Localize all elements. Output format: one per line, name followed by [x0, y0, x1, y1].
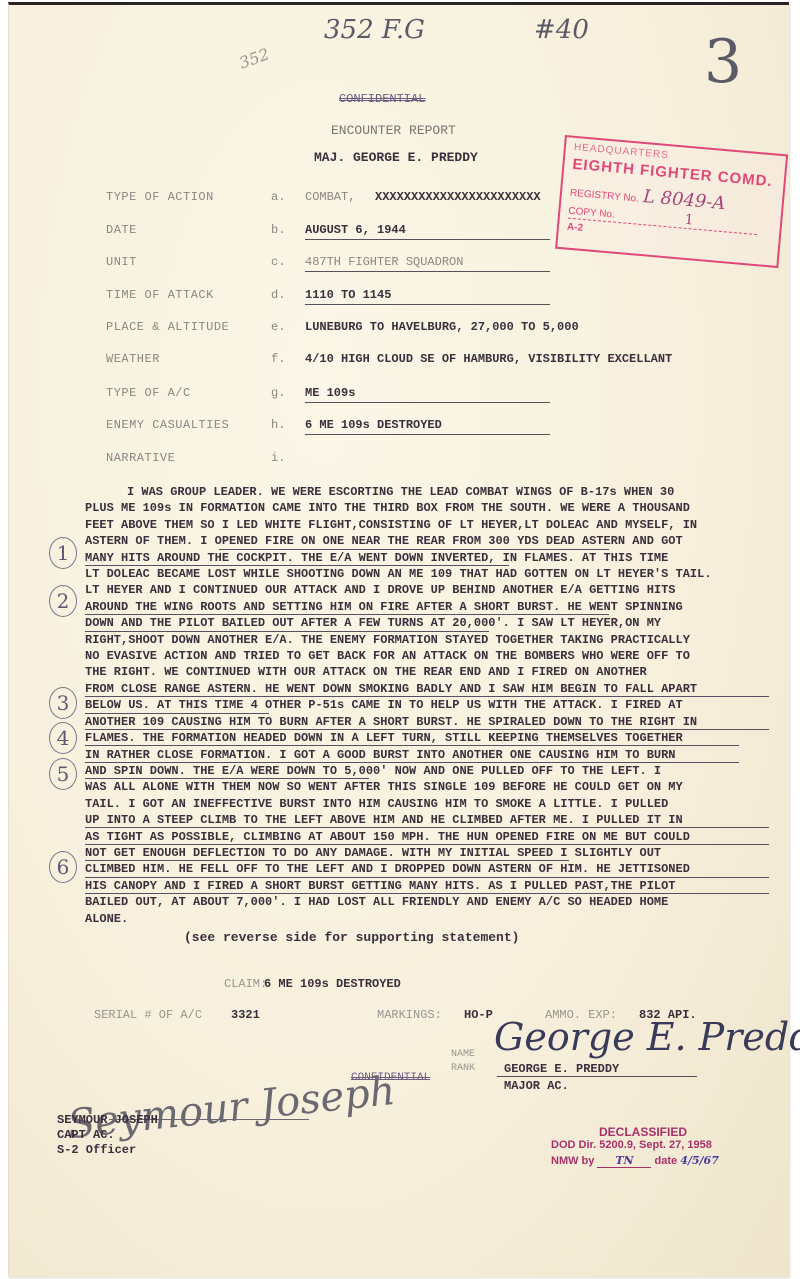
narrative-line: AS TIGHT AS POSSIBLE, CLIMBING AT ABOUT …	[85, 829, 800, 845]
officer-rank: CAPT AC.	[57, 1128, 158, 1143]
claim-label: CLAIM:	[224, 977, 267, 991]
field-letter: f.	[271, 352, 285, 366]
handwritten-underline	[85, 778, 369, 779]
field-letter: e.	[271, 320, 285, 334]
narrative-line: HIS CANOPY AND I FIRED A SHORT BURST GET…	[85, 878, 800, 894]
pilot-signature: George E. Preddy	[494, 1015, 800, 1059]
field-letter: h.	[271, 418, 285, 432]
field-value: AUGUST 6, 1944	[305, 223, 406, 237]
markings-label: MARKINGS:	[377, 1008, 442, 1022]
officer-block: SEYMOUR JOSEPH CAPT AC. S-2 Officer	[57, 1113, 158, 1158]
field-label: WEATHER	[106, 352, 160, 366]
handwritten-underline	[85, 827, 769, 828]
field-label: NARRATIVE	[106, 451, 175, 465]
field-label: DATE	[106, 223, 137, 237]
markings-value: HO-P	[464, 1008, 493, 1022]
margin-circled-number: 1	[49, 537, 77, 569]
narrative-line: CLIMBED HIM. HE FELL OFF TO THE LEFT AND…	[85, 861, 800, 877]
field-value: 4/10 HIGH CLOUD SE OF HAMBURG, VISIBILIT…	[305, 352, 672, 366]
classification-struck: CONFIDENTIAL	[339, 92, 425, 106]
narrative-line: NOT GET ENOUGH DEFLECTION TO DO ANY DAMA…	[85, 845, 800, 861]
narrative-line: ANOTHER 109 CAUSING HIM TO BURN AFTER A …	[85, 714, 800, 730]
field-label: PLACE & ALTITUDE	[106, 320, 229, 334]
narrative-line: AND SPIN DOWN. THE E/A WERE DOWN TO 5,00…	[85, 763, 800, 779]
narrative-line: FEET ABOVE THEM SO I LED WHITE FLIGHT,CO…	[85, 517, 800, 533]
faint-annotation: 352	[237, 44, 272, 72]
narrative-line: LT HEYER AND I CONTINUED OUR ATTACK AND …	[85, 582, 800, 598]
field-value: 1110 TO 1145	[305, 288, 391, 302]
narrative-line: IN RATHER CLOSE FORMATION. I GOT A GOOD …	[85, 747, 800, 763]
field-letter: c.	[271, 255, 285, 269]
handwritten-underline	[85, 745, 739, 746]
narrative-line: UP INTO A STEEP CLIMB TO THE LEFT ABOVE …	[85, 812, 800, 828]
field-value: COMBAT,	[305, 190, 355, 204]
handwritten-underline	[85, 713, 269, 714]
declassified-title: DECLASSIFIED	[599, 1125, 687, 1139]
handwritten-underline	[85, 696, 769, 697]
narrative-line: BELOW US. AT THIS TIME 4 OTHER P-51s CAM…	[85, 697, 800, 713]
handwritten-underline	[85, 877, 769, 878]
field-label: UNIT	[106, 255, 137, 269]
narrative-line: MANY HITS AROUND THE COCKPIT. THE E/A WE…	[85, 550, 800, 566]
narrative-line: NO EVASIVE ACTION AND TRIED TO GET BACK …	[85, 648, 800, 664]
field-letter: a.	[271, 190, 285, 204]
narrative-line: FROM CLOSE RANGE ASTERN. HE WENT DOWN SM…	[85, 681, 800, 697]
serial-label: SERIAL # OF A/C	[94, 1008, 202, 1022]
declassified-by: NMW by TN date 4/5/67	[551, 1154, 719, 1168]
field-value: 487TH FIGHTER SQUADRON	[305, 255, 463, 269]
handwritten-underline	[85, 614, 609, 615]
handwritten-underline	[85, 729, 769, 730]
narrative-line: AROUND THE WING ROOTS AND SETTING HIM ON…	[85, 599, 800, 615]
report-title: ENCOUNTER REPORT	[331, 123, 456, 138]
group-annotation: 352 F.G	[324, 15, 425, 45]
field-struck: XXXXXXXXXXXXXXXXXXXXXXX	[375, 190, 541, 204]
field-label: TYPE OF ACTION	[106, 190, 214, 204]
narrative-line: ALONE.	[85, 911, 800, 927]
narrative-line: LT DOLEAC BECAME LOST WHILE SHOOTING DOW…	[85, 566, 800, 582]
margin-circled-number: 4	[49, 722, 77, 754]
narrative-line: RIGHT,SHOOT DOWN ANOTHER E/A. THE ENEMY …	[85, 632, 800, 648]
number-annotation: #40	[534, 15, 589, 45]
name-rank-labels: NAMERANK	[451, 1048, 475, 1076]
handwritten-underline	[85, 565, 509, 566]
pilot-name: GEORGE E. PREDDY	[504, 1062, 619, 1076]
narrative-line: WAS ALL ALONE WITH THEM NOW SO WENT AFTE…	[85, 779, 800, 795]
narrative-line: TAIL. I GOT AN INEFFECTIVE BURST INTO HI…	[85, 796, 800, 812]
handwritten-underline	[85, 631, 489, 632]
margin-circled-number: 3	[49, 687, 77, 719]
field-letter: i.	[271, 451, 285, 465]
narrative-line: I WAS GROUP LEADER. WE WERE ESCORTING TH…	[85, 484, 800, 500]
handwritten-underline	[219, 549, 609, 550]
field-letter: g.	[271, 386, 285, 400]
narrative-line: ASTERN OF THEM. I OPENED FIRE ON ONE NEA…	[85, 533, 800, 549]
narrative-line: PLUS ME 109s IN FORMATION CAME INTO THE …	[85, 500, 800, 516]
narrative-line: BAILED OUT, AT ABOUT 7,000'. I HAD LOST …	[85, 894, 800, 910]
serial-value: 3321	[231, 1008, 260, 1022]
handwritten-underline	[85, 860, 569, 861]
claim-value: 6 ME 109s DESTROYED	[264, 977, 401, 991]
margin-circled-number: 6	[49, 851, 77, 883]
field-value: 6 ME 109s DESTROYED	[305, 418, 442, 432]
handwritten-underline	[85, 762, 739, 763]
narrative-line: DOWN AND THE PILOT BAILED OUT AFTER A FE…	[85, 615, 800, 631]
field-value: ME 109s	[305, 386, 355, 400]
field-label: TYPE OF A/C	[106, 386, 191, 400]
declassified-directive: DOD Dir. 5200.9, Sept. 27, 1958	[551, 1139, 712, 1151]
page-mark-annotation: 3	[704, 27, 742, 97]
narrative-line: THE RIGHT. WE CONTINUED WITH OUR ATTACK …	[85, 664, 800, 680]
officer-role: S-2 Officer	[57, 1143, 158, 1158]
handwritten-underline	[85, 844, 769, 845]
narrative-line: FLAMES. THE FORMATION HEADED DOWN IN A L…	[85, 730, 800, 746]
handwritten-underline	[85, 893, 769, 894]
field-label: ENEMY CASUALTIES	[106, 418, 229, 432]
reverse-note: (see reverse side for supporting stateme…	[184, 930, 519, 945]
report-subject: MAJ. GEORGE E. PREDDY	[314, 150, 478, 165]
stamp-code: A-2	[567, 222, 584, 234]
pilot-rank: MAJOR AC.	[504, 1079, 569, 1093]
margin-circled-number: 2	[49, 585, 77, 617]
headquarters-stamp: HEADQUARTERS EIGHTH FIGHTER COMD. REGIST…	[555, 135, 788, 268]
margin-circled-number: 5	[49, 758, 77, 790]
field-value: LUNEBURG TO HAVELBURG, 27,000 TO 5,000	[305, 320, 579, 334]
document-page: 352 352 F.G #40 3 CONFIDENTIAL ENCOUNTER…	[8, 2, 789, 1277]
field-letter: d.	[271, 288, 285, 302]
field-letter: b.	[271, 223, 285, 237]
name-line	[497, 1076, 697, 1077]
field-label: TIME OF ATTACK	[106, 288, 214, 302]
officer-name: SEYMOUR JOSEPH	[57, 1113, 158, 1128]
